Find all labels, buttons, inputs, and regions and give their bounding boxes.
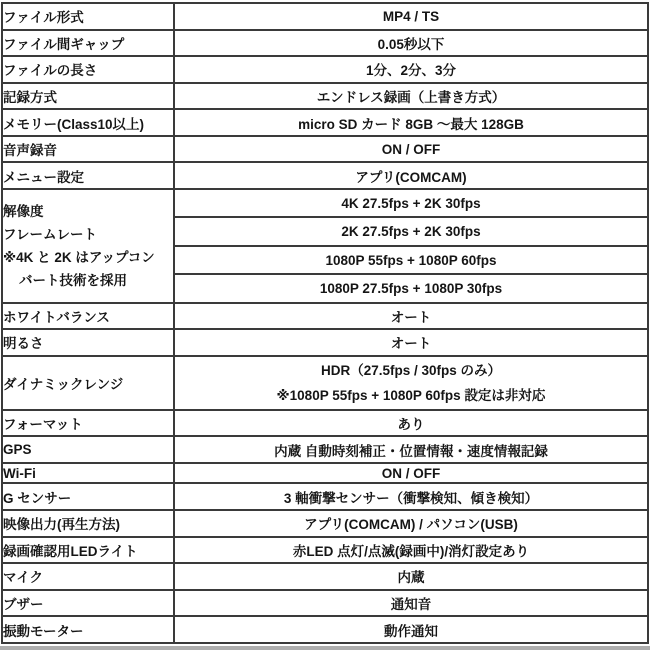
spec-row-brightness: 明るさ オート — [2, 329, 648, 356]
spec-label: G センサー — [2, 483, 174, 510]
spec-row-microphone: マイク 内蔵 — [2, 563, 648, 590]
spec-value-dynamic-range: HDR（27.5fps / 30fps のみ） ※1080P 55fps + 1… — [174, 356, 648, 410]
spec-value: 3 軸衝撃センサー（衝撃検知、傾き検知） — [174, 483, 648, 510]
spec-value: 内蔵 自動時刻補正・位置情報・速度情報記録 — [174, 436, 648, 463]
spec-value: 1080P 55fps + 1080P 60fps — [174, 246, 648, 274]
spec-value: 1分、2分、3分 — [174, 56, 648, 83]
resolution-label-note: ※4K と 2K はアップコン — [3, 246, 173, 269]
spec-label: 明るさ — [2, 329, 174, 356]
resolution-label-line-1: 解像度 — [3, 200, 173, 223]
spec-label: ブザー — [2, 590, 174, 617]
spec-value: 1080P 27.5fps + 1080P 30fps — [174, 274, 648, 302]
spec-row-menu-setting: メニュー設定 アプリ(COMCAM) — [2, 162, 648, 189]
spec-label: GPS — [2, 436, 174, 463]
spec-label: ダイナミックレンジ — [2, 356, 174, 410]
spec-table: ファイル形式 MP4 / TS ファイル間ギャップ 0.05秒以下 ファイルの長… — [1, 2, 649, 644]
spec-value: ON / OFF — [174, 136, 648, 163]
spec-label-resolution: 解像度 フレームレート ※4K と 2K はアップコン バート技術を採用 — [2, 189, 174, 303]
spec-row-g-sensor: G センサー 3 軸衝撃センサー（衝撃検知、傾き検知） — [2, 483, 648, 510]
spec-value: 赤LED 点灯/点滅(録画中)/消灯設定あり — [174, 537, 648, 564]
spec-value: オート — [174, 329, 648, 356]
spec-value: 2K 27.5fps + 2K 30fps — [174, 217, 648, 245]
spec-value: MP4 / TS — [174, 3, 648, 30]
dynamic-range-line-1: HDR（27.5fps / 30fps のみ） — [175, 358, 647, 383]
spec-row-white-balance: ホワイトバランス オート — [2, 303, 648, 330]
spec-value: あり — [174, 410, 648, 437]
spec-value: 通知音 — [174, 590, 648, 617]
spec-value: micro SD カード 8GB ～最大 128GB — [174, 109, 648, 136]
spec-row-vibration-motor: 振動モーター 動作通知 — [2, 616, 648, 643]
spec-label: 記録方式 — [2, 83, 174, 110]
spec-row-wifi: Wi-Fi ON / OFF — [2, 463, 648, 484]
spec-value: 内蔵 — [174, 563, 648, 590]
spec-label: ファイル形式 — [2, 3, 174, 30]
spec-label: 音声録音 — [2, 136, 174, 163]
spec-label: 録画確認用LEDライト — [2, 537, 174, 564]
spec-label: 振動モーター — [2, 616, 174, 643]
spec-row-resolution-1: 解像度 フレームレート ※4K と 2K はアップコン バート技術を採用 4K … — [2, 189, 648, 217]
resolution-label-line-2: フレームレート — [3, 223, 173, 246]
spec-label: ファイルの長さ — [2, 56, 174, 83]
spec-value: 0.05秒以下 — [174, 30, 648, 57]
spec-value: オート — [174, 303, 648, 330]
spec-label: ホワイトバランス — [2, 303, 174, 330]
spec-value: 4K 27.5fps + 2K 30fps — [174, 189, 648, 217]
spec-value: アプリ(COMCAM) / パソコン(USB) — [174, 510, 648, 537]
spec-row-audio-recording: 音声録音 ON / OFF — [2, 136, 648, 163]
spec-row-dynamic-range: ダイナミックレンジ HDR（27.5fps / 30fps のみ） ※1080P… — [2, 356, 648, 410]
spec-label: メニュー設定 — [2, 162, 174, 189]
spec-value: エンドレス録画（上書き方式） — [174, 83, 648, 110]
spec-label: フォーマット — [2, 410, 174, 437]
spec-value: ON / OFF — [174, 463, 648, 484]
spec-row-recording-mode: 記録方式 エンドレス録画（上書き方式） — [2, 83, 648, 110]
spec-row-file-format: ファイル形式 MP4 / TS — [2, 3, 648, 30]
dynamic-range-line-2: ※1080P 55fps + 1080P 60fps 設定は非対応 — [175, 383, 647, 408]
spec-row-memory: メモリー(Class10以上) micro SD カード 8GB ～最大 128… — [2, 109, 648, 136]
resolution-label-note-cont: バート技術を採用 — [3, 269, 173, 292]
spec-label: Wi-Fi — [2, 463, 174, 484]
spec-row-file-gap: ファイル間ギャップ 0.05秒以下 — [2, 30, 648, 57]
spec-value: アプリ(COMCAM) — [174, 162, 648, 189]
bottom-crop-strip — [0, 646, 650, 650]
spec-row-led-light: 録画確認用LEDライト 赤LED 点灯/点滅(録画中)/消灯設定あり — [2, 537, 648, 564]
spec-label: ファイル間ギャップ — [2, 30, 174, 57]
spec-label: 映像出力(再生方法) — [2, 510, 174, 537]
spec-sheet: ファイル形式 MP4 / TS ファイル間ギャップ 0.05秒以下 ファイルの長… — [0, 0, 650, 650]
spec-row-video-output: 映像出力(再生方法) アプリ(COMCAM) / パソコン(USB) — [2, 510, 648, 537]
spec-label: マイク — [2, 563, 174, 590]
spec-label: メモリー(Class10以上) — [2, 109, 174, 136]
spec-row-format: フォーマット あり — [2, 410, 648, 437]
spec-row-buzzer: ブザー 通知音 — [2, 590, 648, 617]
spec-row-file-length: ファイルの長さ 1分、2分、3分 — [2, 56, 648, 83]
spec-value: 動作通知 — [174, 616, 648, 643]
spec-row-gps: GPS 内蔵 自動時刻補正・位置情報・速度情報記録 — [2, 436, 648, 463]
